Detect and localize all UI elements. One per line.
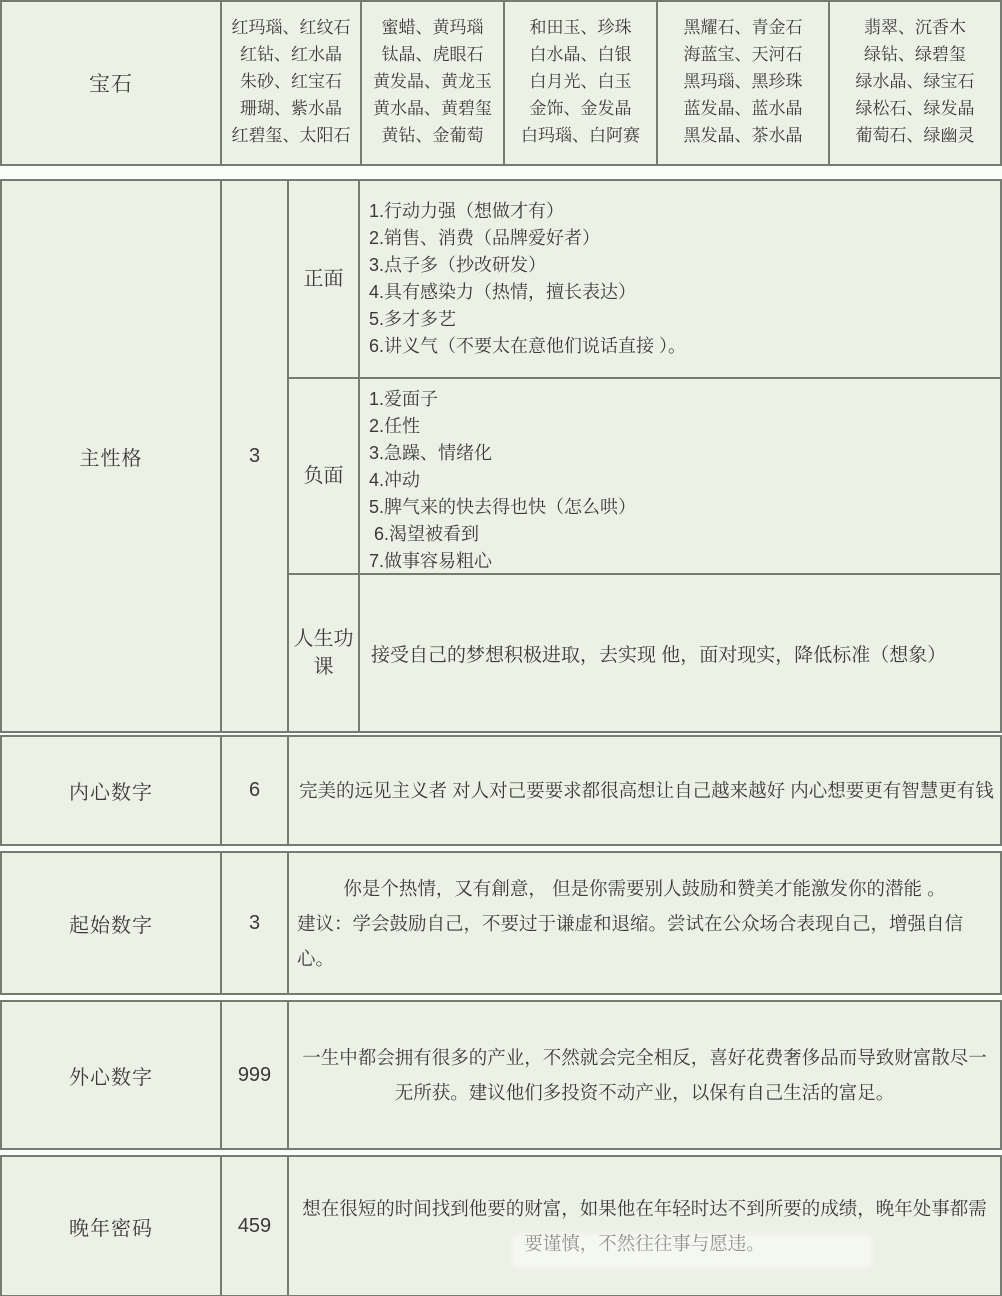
outer-number-content: 一生中都会拥有很多的产业，不然就会完全相反，喜好花费奢侈品而导致财富散尽一无所获… <box>289 1002 1000 1148</box>
gem-line: 黑耀石、青金石 <box>658 14 828 41</box>
negative-item: 7.做事容易粗心 <box>369 548 1000 575</box>
gem-line: 白月光、白玉 <box>505 68 656 95</box>
gem-line: 葡萄石、绿幽灵 <box>830 122 1000 149</box>
gem-line: 红碧玺、太阳石 <box>222 122 360 149</box>
positive-list: 1.行动力强（想做才有） 2.销售、消费（品牌爱好者） 3.点子多（抄改研发） … <box>360 181 1000 379</box>
start-number-value: 3 <box>222 853 289 993</box>
gem-line: 珊瑚、紫水晶 <box>222 95 360 122</box>
positive-item: 5.多才多艺 <box>369 306 1000 333</box>
negative-item: 4.冲动 <box>369 467 1000 494</box>
negative-item: 6.渴望被看到 <box>369 521 1000 548</box>
main-character-label: 主性格 <box>2 181 222 731</box>
start-number-text-line2: 建议：学会鼓励自己，不要过于谦虚和退缩。尝试在公众场合表现自己，增强自信心。 <box>295 906 994 976</box>
gem-line: 白水晶、白银 <box>505 41 656 68</box>
negative-item: 3.急躁、情绪化 <box>369 440 1000 467</box>
gem-line: 黑玛瑙、黑珍珠 <box>658 68 828 95</box>
positive-item: 1.行动力强（想做才有） <box>369 198 1000 225</box>
gem-line: 红玛瑙、红纹石 <box>222 14 360 41</box>
negative-label: 负面 <box>289 379 360 575</box>
negative-item: 1.爱面子 <box>369 386 1000 413</box>
start-number-label: 起始数字 <box>2 853 222 993</box>
life-lesson-text: 接受自己的梦想积极进取，去实现 他，面对现实，降低标准（想象） <box>360 575 1000 731</box>
start-number-text-line1: 你是个热情，又有創意， 但是你需要别人鼓励和赞美才能激发你的潜能 。 <box>295 871 994 906</box>
gem-line: 绿水晶、绿宝石 <box>830 68 1000 95</box>
gem-column-green: 翡翠、沉香木 绿钻、绿碧玺 绿水晶、绿宝石 绿松石、绿发晶 葡萄石、绿幽灵 <box>830 2 1000 164</box>
elder-code-label: 晚年密码 <box>2 1157 222 1295</box>
gem-row-header: 宝石 <box>2 2 222 164</box>
gem-column-dark: 黑耀石、青金石 海蓝宝、天河石 黑玛瑙、黑珍珠 蓝发晶、蓝水晶 黑发晶、茶水晶 <box>658 2 830 164</box>
gem-line: 和田玉、珍珠 <box>505 14 656 41</box>
positive-item: 3.点子多（抄改研发） <box>369 252 1000 279</box>
negative-item: 5.脾气来的快去得也快（怎么哄） <box>369 494 1000 521</box>
gem-line: 白玛瑙、白阿赛 <box>505 122 656 149</box>
faint-watermark <box>512 1234 872 1268</box>
outer-number-section: 外心数字 999 一生中都会拥有很多的产业，不然就会完全相反，喜好花费奢侈品而导… <box>0 1000 1002 1150</box>
gem-column-yellow: 蜜蜡、黄玛瑙 钛晶、虎眼石 黄发晶、黄龙玉 黄水晶、黄碧玺 黄钻、金葡萄 <box>362 2 505 164</box>
main-character-section: 主性格 3 正面 1.行动力强（想做才有） 2.销售、消费（品牌爱好者） 3.点… <box>0 179 1002 733</box>
gem-line: 绿松石、绿发晶 <box>830 95 1000 122</box>
positive-label: 正面 <box>289 181 360 379</box>
elder-code-content: 想在很短的时间找到他要的财富，如果他在年轻时达不到所要的成绩，晚年处事都需要谨慎… <box>289 1157 1000 1295</box>
positive-item: 2.销售、消费（品牌爱好者） <box>369 225 1000 252</box>
inner-number-value: 6 <box>222 737 289 844</box>
gem-line: 黄钻、金葡萄 <box>362 122 503 149</box>
outer-number-label: 外心数字 <box>2 1002 222 1148</box>
gem-line: 蓝发晶、蓝水晶 <box>658 95 828 122</box>
positive-item: 6.讲义气（不要太在意他们说话直接 ）。 <box>369 333 1000 360</box>
gem-line: 钛晶、虎眼石 <box>362 41 503 68</box>
inner-number-text: 完美的远见主义者 对人对己要要求都很高想让自己越来越好 内心想要更有智慧更有钱 <box>295 773 994 808</box>
gem-table: 宝石 红玛瑙、红纹石 红钻、红水晶 朱砂、红宝石 珊瑚、紫水晶 红碧玺、太阳石 … <box>0 0 1002 166</box>
start-number-section: 起始数字 3 你是个热情，又有創意， 但是你需要别人鼓励和赞美才能激发你的潜能 … <box>0 851 1002 995</box>
numerology-table-page: { "colors":{"cell_bg":"#edf1e5","page_bg… <box>0 0 1002 1296</box>
gem-line: 黄发晶、黄龙玉 <box>362 68 503 95</box>
elder-code-section: 晚年密码 459 想在很短的时间找到他要的财富，如果他在年轻时达不到所要的成绩，… <box>0 1155 1002 1296</box>
gem-line: 红钻、红水晶 <box>222 41 360 68</box>
main-character-number: 3 <box>222 181 289 731</box>
gem-column-red: 红玛瑙、红纹石 红钻、红水晶 朱砂、红宝石 珊瑚、紫水晶 红碧玺、太阳石 <box>222 2 362 164</box>
gem-line: 朱砂、红宝石 <box>222 68 360 95</box>
gem-line: 金饰、金发晶 <box>505 95 656 122</box>
elder-code-value: 459 <box>222 1157 289 1295</box>
gem-line: 黄水晶、黄碧玺 <box>362 95 503 122</box>
outer-number-text: 一生中都会拥有很多的产业，不然就会完全相反，喜好花费奢侈品而导致财富散尽一无所获… <box>295 1040 994 1110</box>
negative-list: 1.爱面子 2.任性 3.急躁、情绪化 4.冲动 5.脾气来的快去得也快（怎么哄… <box>360 379 1000 575</box>
life-lesson-label: 人生功课 <box>289 575 360 731</box>
inner-number-section: 内心数字 6 完美的远见主义者 对人对己要要求都很高想让自己越来越好 内心想要更… <box>0 735 1002 846</box>
gem-line: 绿钻、绿碧玺 <box>830 41 1000 68</box>
start-number-content: 你是个热情，又有創意， 但是你需要别人鼓励和赞美才能激发你的潜能 。 建议：学会… <box>289 853 1000 993</box>
outer-number-value: 999 <box>222 1002 289 1148</box>
inner-number-content: 完美的远见主义者 对人对己要要求都很高想让自己越来越好 内心想要更有智慧更有钱 <box>289 737 1000 844</box>
gem-line: 黑发晶、茶水晶 <box>658 122 828 149</box>
negative-item: 2.任性 <box>369 413 1000 440</box>
gem-line: 海蓝宝、天河石 <box>658 41 828 68</box>
positive-item: 4.具有感染力（热情，擅长表达） <box>369 279 1000 306</box>
gem-line: 翡翠、沉香木 <box>830 14 1000 41</box>
inner-number-label: 内心数字 <box>2 737 222 844</box>
gem-column-white: 和田玉、珍珠 白水晶、白银 白月光、白玉 金饰、金发晶 白玛瑙、白阿赛 <box>505 2 658 164</box>
gem-line: 蜜蜡、黄玛瑙 <box>362 14 503 41</box>
